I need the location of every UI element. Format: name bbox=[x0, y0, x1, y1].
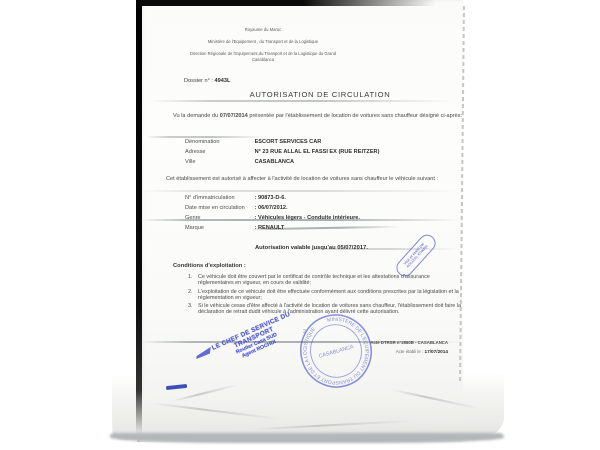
field-value: ESCORT SERVICES CAR bbox=[255, 139, 322, 145]
intro-text-before: Vu la demande du bbox=[173, 113, 218, 119]
crease-line bbox=[140, 190, 460, 192]
vehicle-intro-paragraph: Cet établissement est autorisé à affecte… bbox=[166, 176, 452, 183]
condition-item: 2. L'exploitation de ce véhicule doit êt… bbox=[188, 289, 464, 302]
dossier-line: Dossier n° : 4943L bbox=[184, 78, 230, 84]
dossier-number: 4943L bbox=[215, 78, 231, 84]
field-label: Adresse bbox=[185, 149, 253, 155]
letterhead-city: Casablanca bbox=[143, 57, 383, 62]
condition-text: L'exploitation de ce véhicule doit être … bbox=[198, 289, 464, 302]
field-value: : 90873-D-6. bbox=[255, 195, 286, 201]
crease-line bbox=[145, 136, 265, 138]
validity-line: Autorisation valable jusqu'au 05/07/2017… bbox=[255, 245, 368, 251]
intro-text-after: présentée par l'établissement de locatio… bbox=[249, 113, 462, 119]
field-value: : 06/07/2012. bbox=[255, 205, 288, 211]
field-label: Genre bbox=[185, 215, 253, 221]
condition-number: 1. bbox=[188, 274, 198, 287]
paper-bottom-shadow bbox=[110, 433, 504, 443]
letterhead-kingdom: Royaume du Maroc bbox=[143, 27, 383, 32]
field-value: : Véhicules légers - Conduite intérieure… bbox=[255, 215, 360, 221]
acte-date-value: 17/07/2014 bbox=[425, 349, 448, 354]
intro-paragraph: Vu la demande du 07/07/2014 présentée pa… bbox=[173, 113, 463, 120]
crease-line bbox=[150, 100, 455, 102]
validity-text: Autorisation valable jusqu'au bbox=[255, 245, 336, 251]
dossier-label: Dossier n° : bbox=[184, 78, 213, 84]
validity-date: 05/07/2017. bbox=[337, 245, 368, 251]
field-label: N° d'immatriculation bbox=[185, 195, 253, 201]
field-label: Date mise en circulation bbox=[185, 205, 253, 211]
scan-edge-top bbox=[140, 0, 436, 6]
field-value: : RENAULT bbox=[255, 225, 285, 231]
letterhead-ministry: Ministère de l'Equipement , du Transport… bbox=[143, 39, 383, 44]
field-denomination: Dénomination ESCORT SERVICES CAR bbox=[185, 139, 321, 145]
scanned-document-page: Royaume du Maroc Ministère de l'Equipeme… bbox=[0, 0, 600, 450]
field-marque: Marque : RENAULT bbox=[185, 225, 284, 231]
field-immatriculation: N° d'immatriculation : 90873-D-6. bbox=[185, 195, 286, 201]
condition-number: 2. bbox=[188, 289, 198, 302]
condition-number: 3. bbox=[188, 303, 198, 316]
field-ville: Ville CASABLANCA bbox=[185, 159, 294, 165]
conditions-heading: Conditions d'exploitation : bbox=[173, 263, 246, 269]
acte-date-label: Acte établi le : bbox=[396, 349, 424, 354]
scan-edge-left bbox=[136, 0, 142, 434]
field-label: Ville bbox=[185, 159, 253, 165]
field-adresse: Adresse N° 23 RUE ALLAL EL FASSI EX (RUE… bbox=[185, 149, 379, 155]
condition-text: Ce véhicule doit être couvert par le cer… bbox=[198, 274, 464, 287]
letterhead-direction: Direction Régionale de l'Equipement,du T… bbox=[143, 51, 383, 56]
condition-item: 1. Ce véhicule doit être couvert par le … bbox=[188, 274, 464, 287]
request-date: 07/07/2014 bbox=[220, 113, 248, 119]
round-seal-center-text: CASABLANCA bbox=[318, 344, 355, 360]
document-title: AUTORISATION DE CIRCULATION bbox=[160, 90, 480, 99]
field-value: N° 23 RUE ALLAL EL FASSI EX (RUE REITZER… bbox=[255, 149, 380, 155]
field-mise-en-circulation: Date mise en circulation : 06/07/2012. bbox=[185, 205, 288, 211]
field-label: Dénomination bbox=[185, 139, 253, 145]
field-genre: Genre : Véhicules légers - Conduite inté… bbox=[185, 215, 360, 221]
field-label: Marque bbox=[185, 225, 253, 231]
field-value: CASABLANCA bbox=[255, 159, 294, 165]
